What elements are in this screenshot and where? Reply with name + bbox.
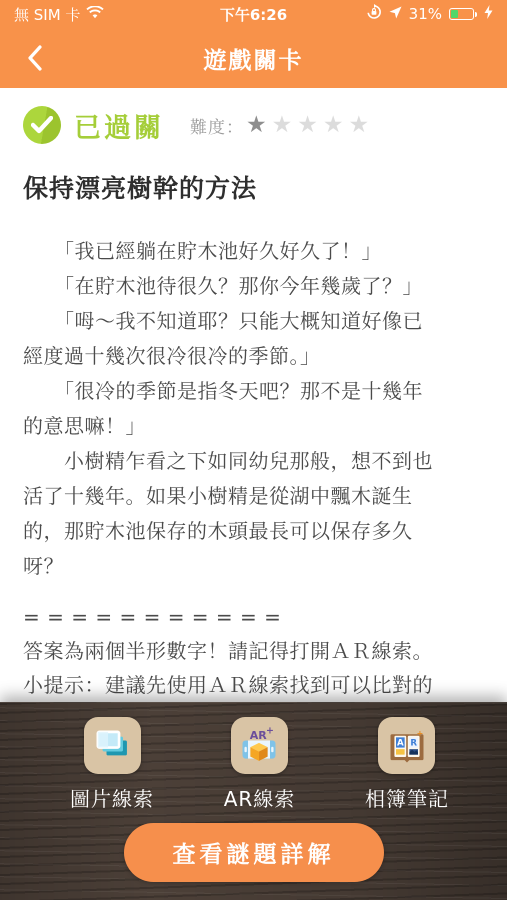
- level-title: 保持漂亮樹幹的方法: [23, 169, 484, 205]
- battery-icon: [449, 8, 477, 20]
- header: 無 SIM 卡 下午6:26: [0, 0, 507, 88]
- app-screen: 無 SIM 卡 下午6:26: [0, 0, 507, 900]
- status-badge-row: 已過關 難度： ★ ★ ★ ★ ★: [23, 105, 484, 145]
- story-text: 「我已經躺在貯木池好久好久了！」 「在貯木池待很久？那你今年幾歲了？」 「呣～我…: [23, 234, 484, 584]
- orientation-lock-icon: [366, 4, 382, 24]
- svg-text:R: R: [410, 738, 417, 748]
- view-solution-button[interactable]: 查看謎題詳解: [124, 823, 384, 882]
- level-content: 已過關 難度： ★ ★ ★ ★ ★ 保持漂亮樹幹的方法 「我已經躺在貯木池好久好…: [0, 105, 507, 702]
- passed-check-icon: [23, 106, 61, 144]
- star-icon: ★: [323, 114, 344, 137]
- album-notes-button[interactable]: A R + 相簿筆記: [365, 717, 449, 812]
- nav-bar: 遊戲關卡: [0, 28, 507, 88]
- bottom-toolbar: 圖片線索 AR + AR線索: [0, 702, 507, 900]
- ar-clues-button[interactable]: AR + AR線索: [224, 717, 296, 812]
- difficulty-stars: ★ ★ ★ ★ ★: [246, 114, 369, 137]
- svg-text:AR: AR: [250, 728, 268, 741]
- battery-percent-label: 31%: [409, 5, 442, 23]
- star-icon: ★: [297, 114, 318, 137]
- location-arrow-icon: [389, 5, 402, 23]
- passed-label: 已過關: [74, 106, 164, 145]
- star-icon: ★: [246, 114, 267, 137]
- difficulty-label: 難度：: [190, 113, 244, 138]
- charging-bolt-icon: [484, 5, 493, 23]
- tool-label: 圖片線索: [70, 783, 154, 812]
- tool-label: 相簿筆記: [365, 783, 449, 812]
- svg-text:A: A: [397, 738, 404, 748]
- status-bar: 無 SIM 卡 下午6:26: [0, 0, 507, 28]
- svg-text:+: +: [417, 728, 424, 737]
- status-left: 無 SIM 卡: [14, 4, 104, 25]
- tool-row: 圖片線索 AR + AR線索: [0, 703, 507, 812]
- tool-label: AR線索: [224, 783, 296, 812]
- photo-clues-button[interactable]: 圖片線索: [70, 717, 154, 812]
- carrier-label: 無 SIM 卡: [14, 4, 80, 25]
- wifi-icon: [86, 5, 104, 23]
- status-right: 31%: [366, 4, 493, 24]
- ar-clues-icon: AR +: [231, 717, 288, 774]
- hint-text: = = = = = = = = = = = 答案為兩個半形數字！請記得打開ＡＲ線…: [23, 600, 484, 702]
- album-notes-icon: A R +: [378, 717, 435, 774]
- difficulty: 難度： ★ ★ ★ ★ ★: [190, 113, 369, 138]
- page-title: 遊戲關卡: [204, 42, 304, 75]
- star-icon: ★: [349, 114, 370, 137]
- star-icon: ★: [272, 114, 293, 137]
- svg-text:+: +: [267, 725, 275, 736]
- photo-clues-icon: [84, 717, 141, 774]
- back-button[interactable]: [14, 28, 54, 88]
